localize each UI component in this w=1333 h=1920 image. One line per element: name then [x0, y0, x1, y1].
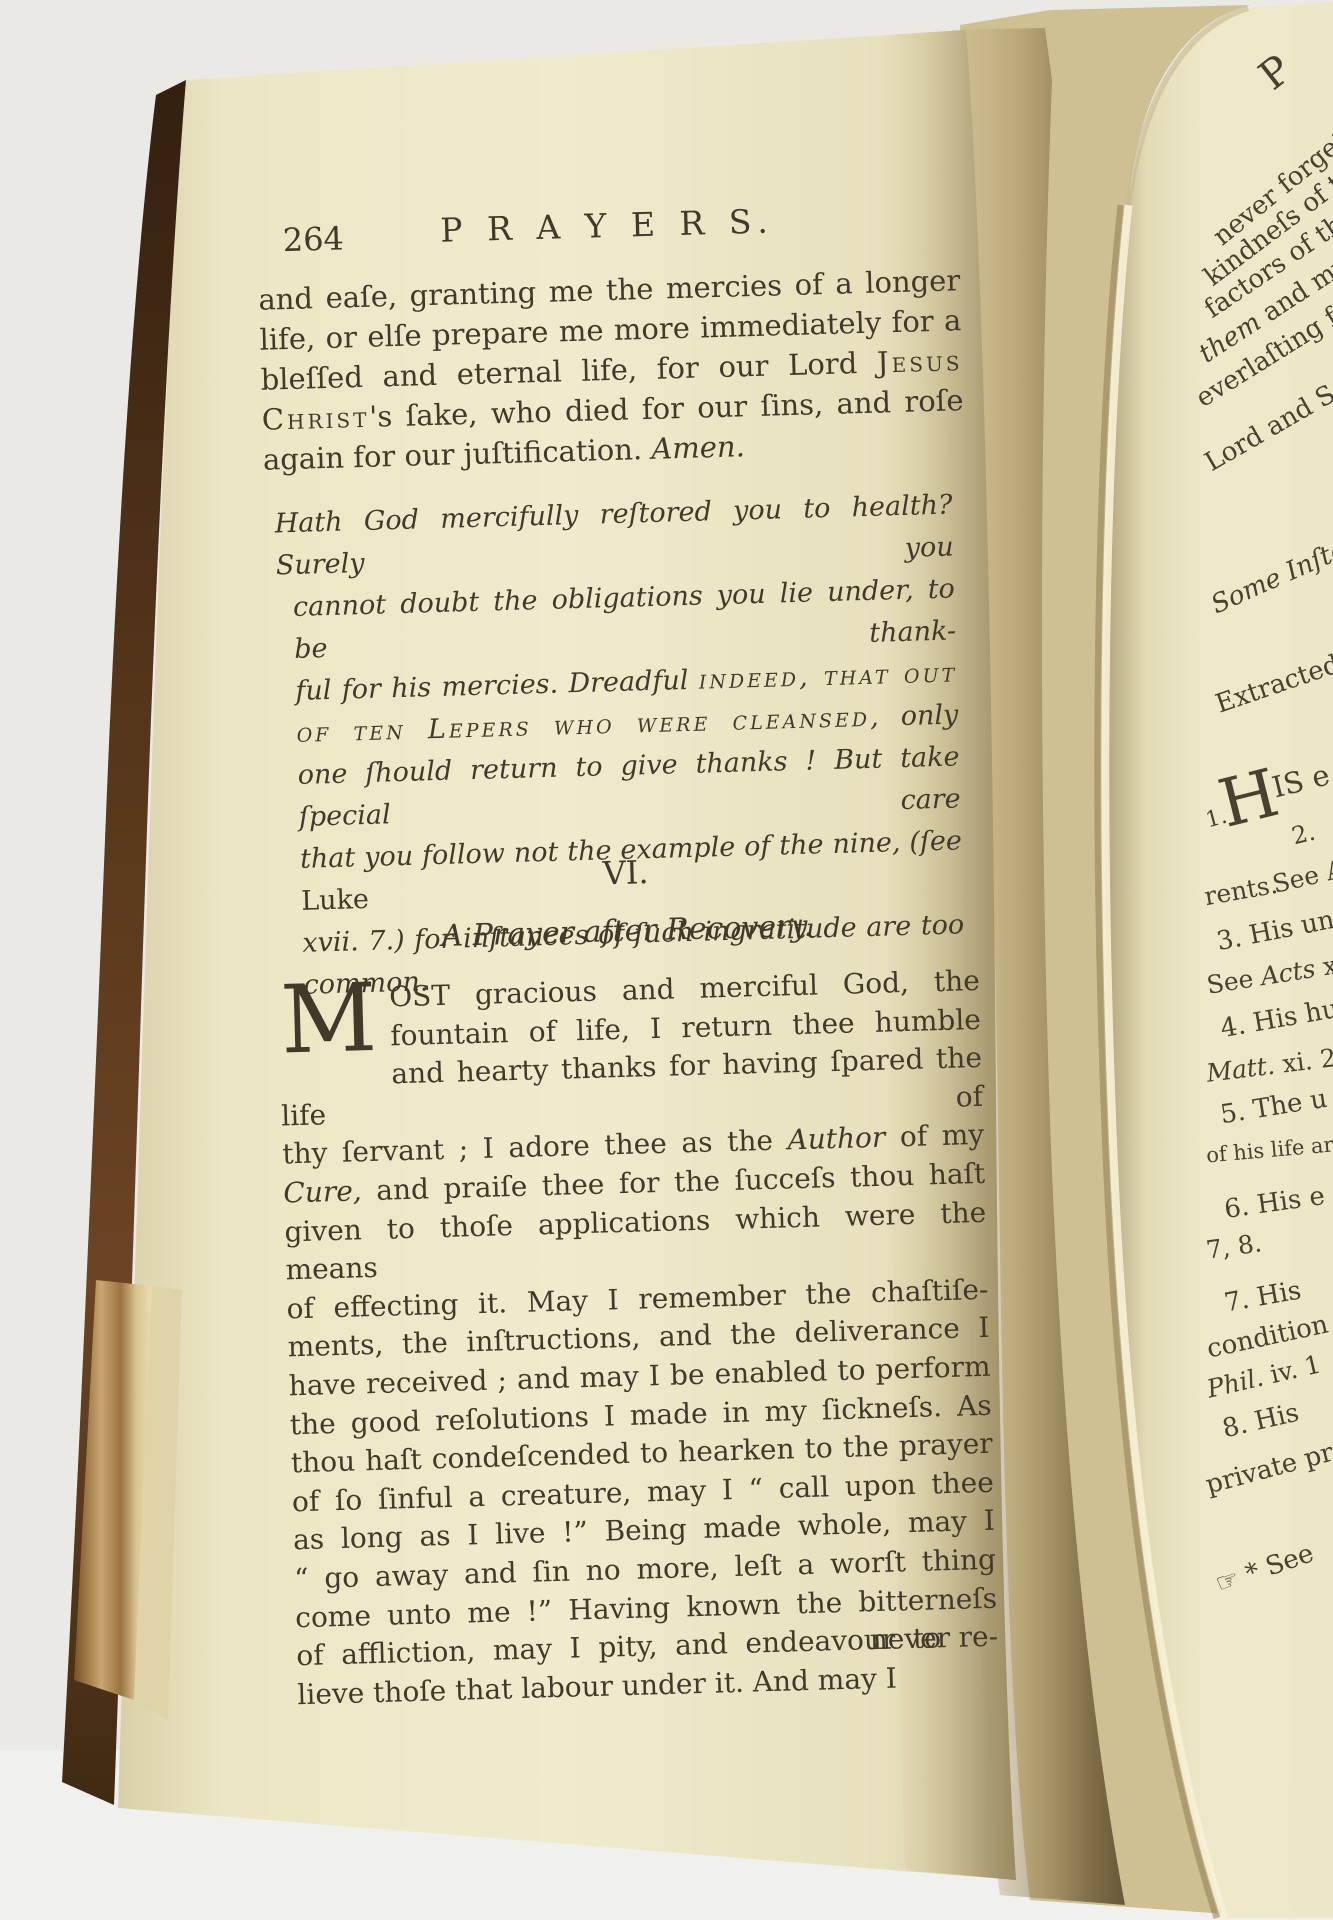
- right-scripture-ref: See Acts x.: [1205, 949, 1333, 999]
- right-scripture-ref: 7, 8.: [1204, 1228, 1263, 1264]
- right-subtitle: Extracted fro: [1212, 634, 1333, 719]
- right-list-item: 6. His e: [1222, 1181, 1326, 1225]
- right-list-item: 3. His un: [1214, 905, 1333, 957]
- right-text-line: private pra: [1203, 1434, 1333, 1501]
- right-page: P never forget n kindneſs of tho factors…: [0, 0, 1333, 1920]
- right-text-line: rents.: [1202, 870, 1280, 911]
- right-footnote-manicule: ☞ * See: [1212, 1538, 1318, 1599]
- right-list-item: 5. The u: [1218, 1084, 1329, 1130]
- right-scripture-ref: Matt. xi. 20: [1205, 1041, 1333, 1088]
- right-running-header-letter: P: [1251, 47, 1301, 100]
- right-list-item: 4. His hu: [1218, 994, 1333, 1044]
- book-photo: 264 P R A Y E R S. and eaſe, granting me…: [0, 0, 1333, 1920]
- right-subtitle: Some Inſtances: [1207, 510, 1333, 621]
- right-text-line: IS e: [1269, 758, 1333, 805]
- right-list-number: 2.: [1289, 818, 1318, 851]
- right-list-item: 7. His: [1222, 1276, 1303, 1319]
- right-text-line: See A: [1270, 854, 1333, 899]
- right-text-line: of his life ar: [1205, 1132, 1333, 1167]
- right-list-item: 8. His: [1220, 1398, 1302, 1445]
